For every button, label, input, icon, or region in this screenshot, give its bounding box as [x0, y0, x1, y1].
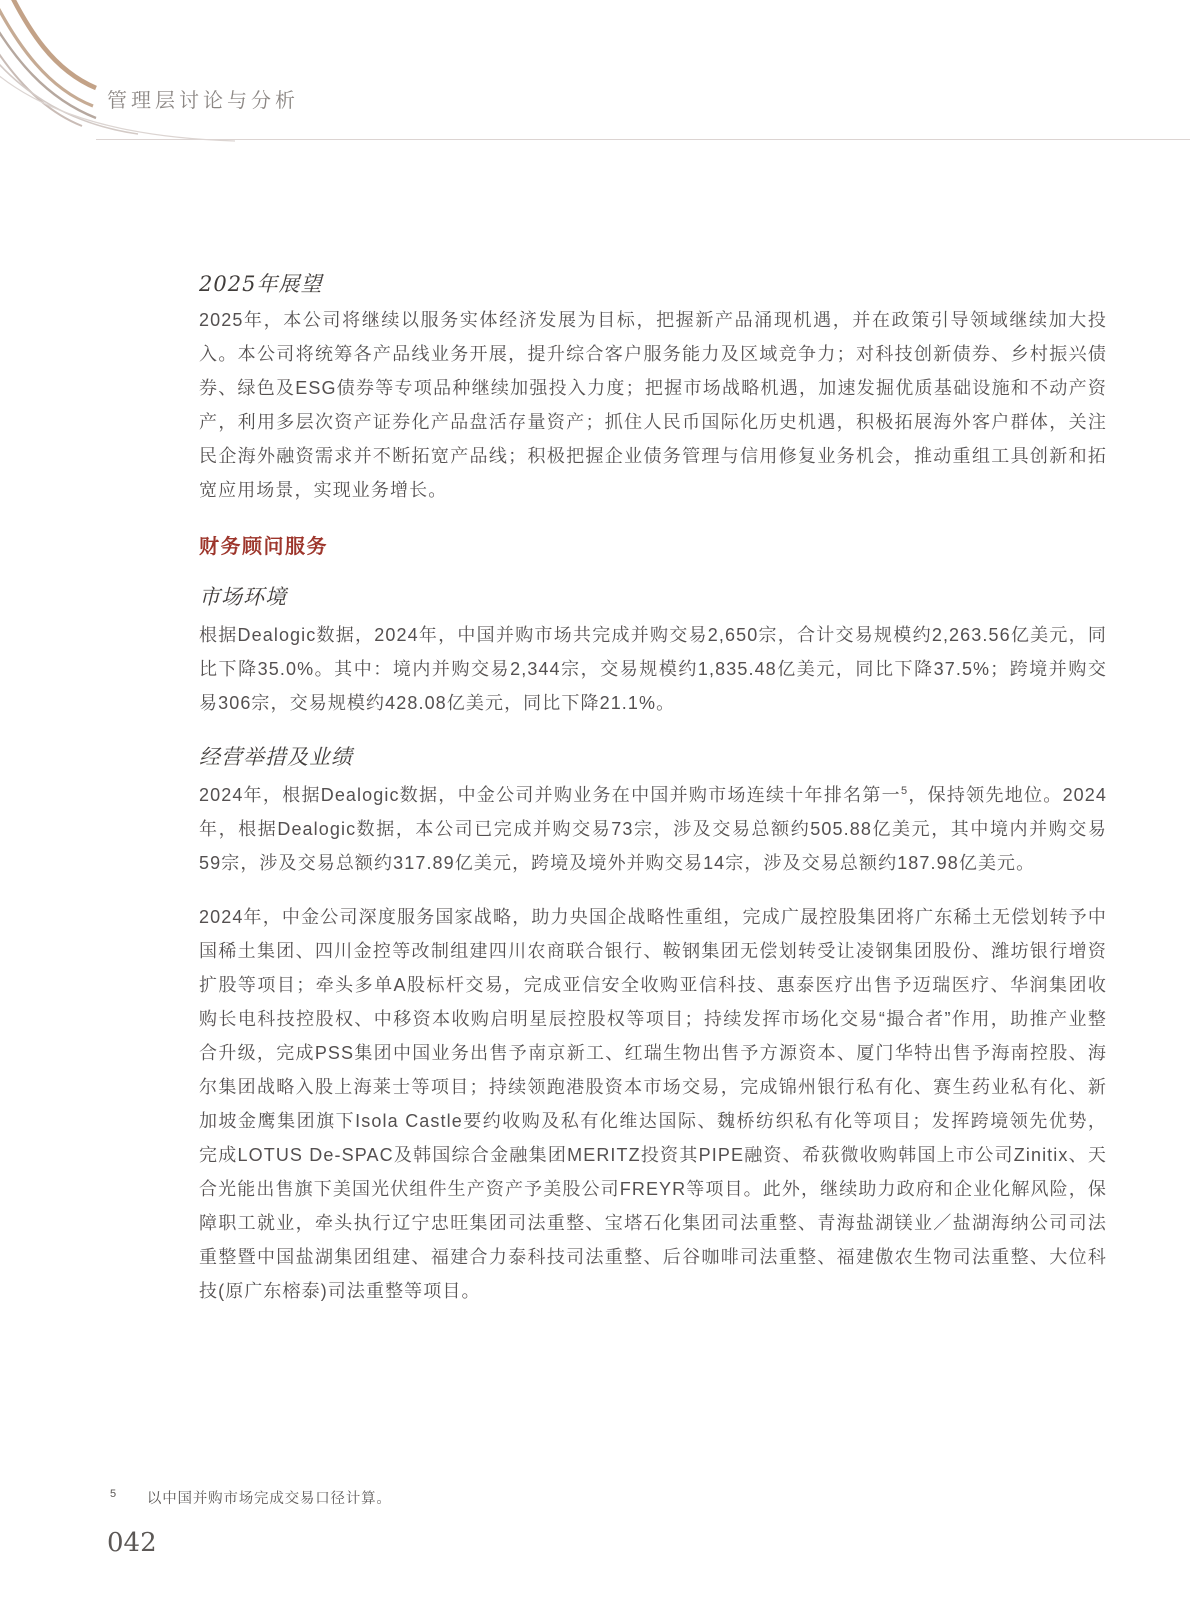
- paragraph-market-environment: 根据Dealogic数据，2024年，中国并购市场共完成并购交易2,650宗，合…: [199, 618, 1107, 720]
- corner-swoosh-decoration: [0, 0, 300, 160]
- paragraph-operations-results-1: 2024年，根据Dealogic数据，中金公司并购业务在中国并购市场连续十年排名…: [199, 778, 1107, 880]
- paragraph-operations-results-2: 2024年，中金公司深度服务国家战略，助力央国企战略性重组，完成广晟控股集团将广…: [199, 900, 1107, 1308]
- document-page: 管理层讨论与分析 2025年展望 2025年，本公司将继续以服务实体经济发展为目…: [0, 0, 1190, 1615]
- heading-financial-advisory-services: 财务顾问服务: [199, 530, 1107, 559]
- footnote: 5以中国并购市场完成交易口径计算。: [110, 1487, 392, 1508]
- section-title-2025-outlook: 2025年展望: [199, 268, 1107, 298]
- footnote-text: 以中国并购市场完成交易口径计算。: [147, 1491, 392, 1507]
- paragraph-text-before-footnote-marker: 2024年，根据Dealogic数据，中金公司并购业务在中国并购市场连续十年排名…: [199, 785, 901, 805]
- page-number: 042: [107, 1528, 157, 1558]
- header-divider-rule: [96, 139, 1190, 140]
- subsection-title-market-environment: 市场环境: [199, 581, 1107, 611]
- paragraph-2025-outlook: 2025年，本公司将继续以服务实体经济发展为目标，把握新产品涌现机遇，并在政策引…: [199, 303, 1107, 507]
- subsection-title-operations-and-results: 经营举措及业绩: [199, 741, 1107, 771]
- running-header-title: 管理层讨论与分析: [107, 84, 299, 113]
- footnote-marker: 5: [110, 1488, 117, 1500]
